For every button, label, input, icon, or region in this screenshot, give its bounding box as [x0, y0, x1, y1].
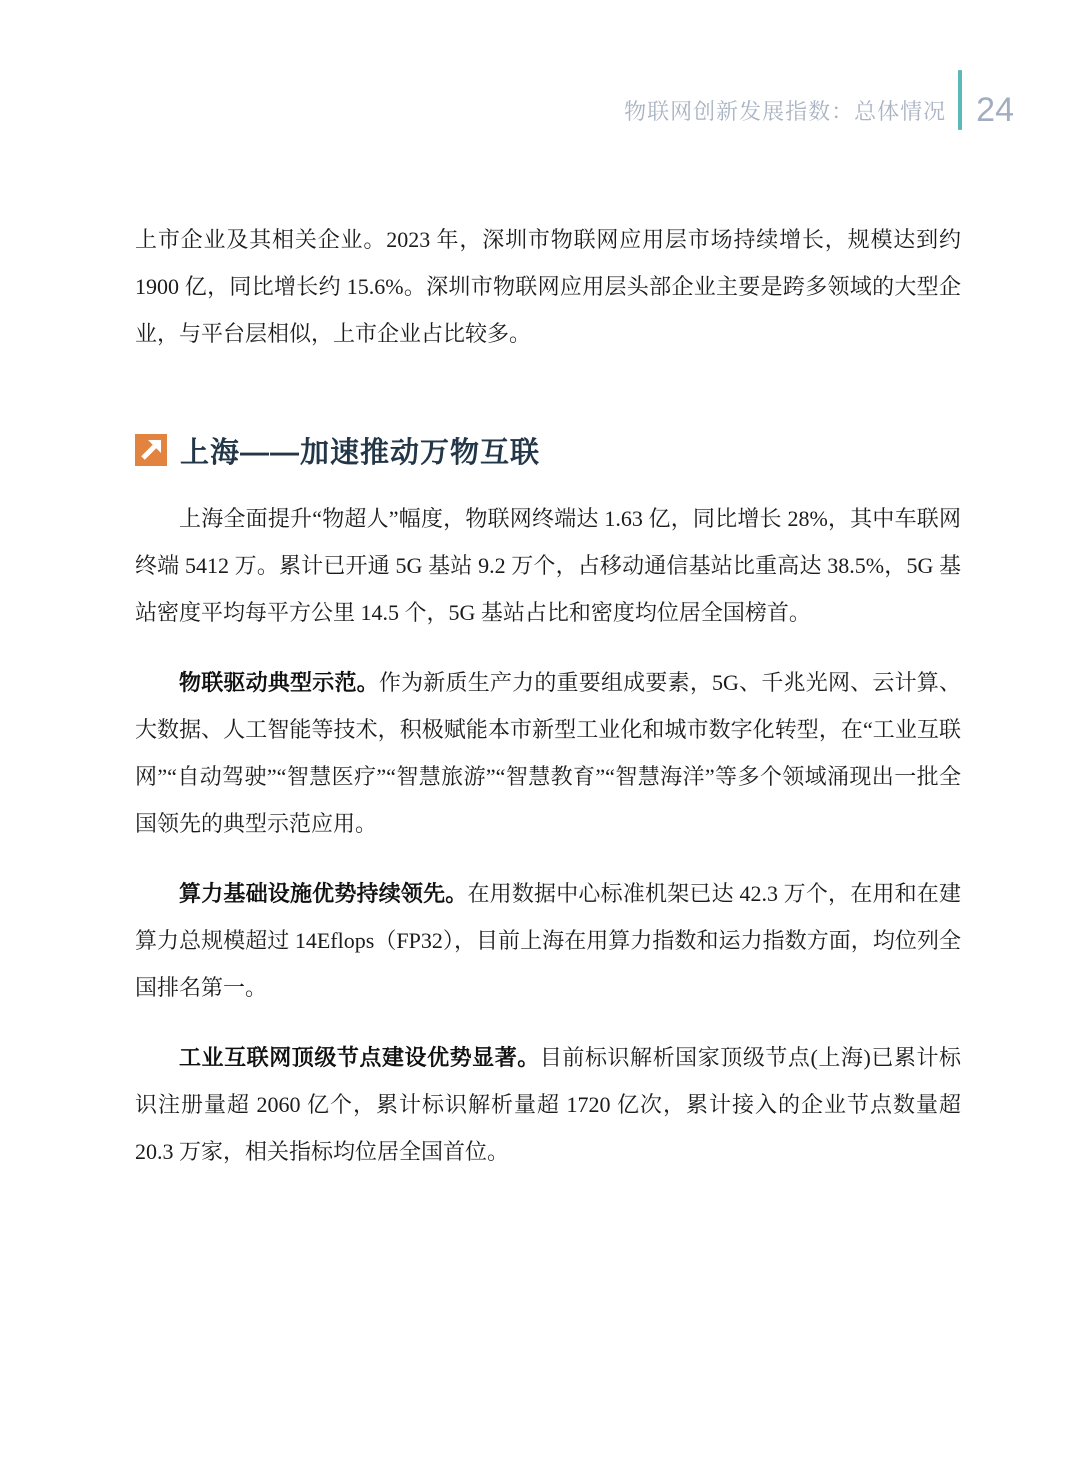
body-paragraph: 算力基础设施优势持续领先。在用数据中心标准机架已达 42.3 万个，在用和在建算… [135, 870, 961, 1011]
header-separator [958, 70, 962, 130]
section-title: 上海——加速推动万物互联 [180, 430, 540, 471]
paragraph-text: 上海全面提升“物超人”幅度，物联网终端达 1.63 亿，同比增长 28%，其中车… [135, 506, 961, 625]
paragraph-lead: 算力基础设施优势持续领先。 [179, 881, 467, 906]
body-paragraph: 工业互联网顶级节点建设优势显著。目前标识解析国家顶级节点(上海)已累计标识注册量… [135, 1034, 961, 1175]
page-header: 物联网创新发展指数：总体情况 24 [624, 70, 1014, 130]
report-page: 物联网创新发展指数：总体情况 24 上市企业及其相关企业。2023 年，深圳市物… [0, 0, 1080, 1466]
paragraph-lead: 工业互联网顶级节点建设优势显著。 [179, 1045, 540, 1070]
page-number: 24 [976, 91, 1014, 130]
body-paragraph: 上海全面提升“物超人”幅度，物联网终端达 1.63 亿，同比增长 28%，其中车… [135, 495, 961, 636]
arrow-up-right-icon [135, 434, 167, 466]
text-column: 上市企业及其相关企业。2023 年，深圳市物联网应用层市场持续增长，规模达到约 … [135, 216, 961, 1198]
body-paragraph: 物联驱动典型示范。作为新质生产力的重要组成要素，5G、千兆光网、云计算、大数据、… [135, 659, 961, 847]
section-heading: 上海——加速推动万物互联 [135, 428, 961, 472]
intro-paragraph: 上市企业及其相关企业。2023 年，深圳市物联网应用层市场持续增长，规模达到约 … [135, 216, 961, 357]
paragraph-lead: 物联驱动典型示范。 [179, 670, 379, 695]
running-header-title: 物联网创新发展指数：总体情况 [624, 95, 946, 130]
